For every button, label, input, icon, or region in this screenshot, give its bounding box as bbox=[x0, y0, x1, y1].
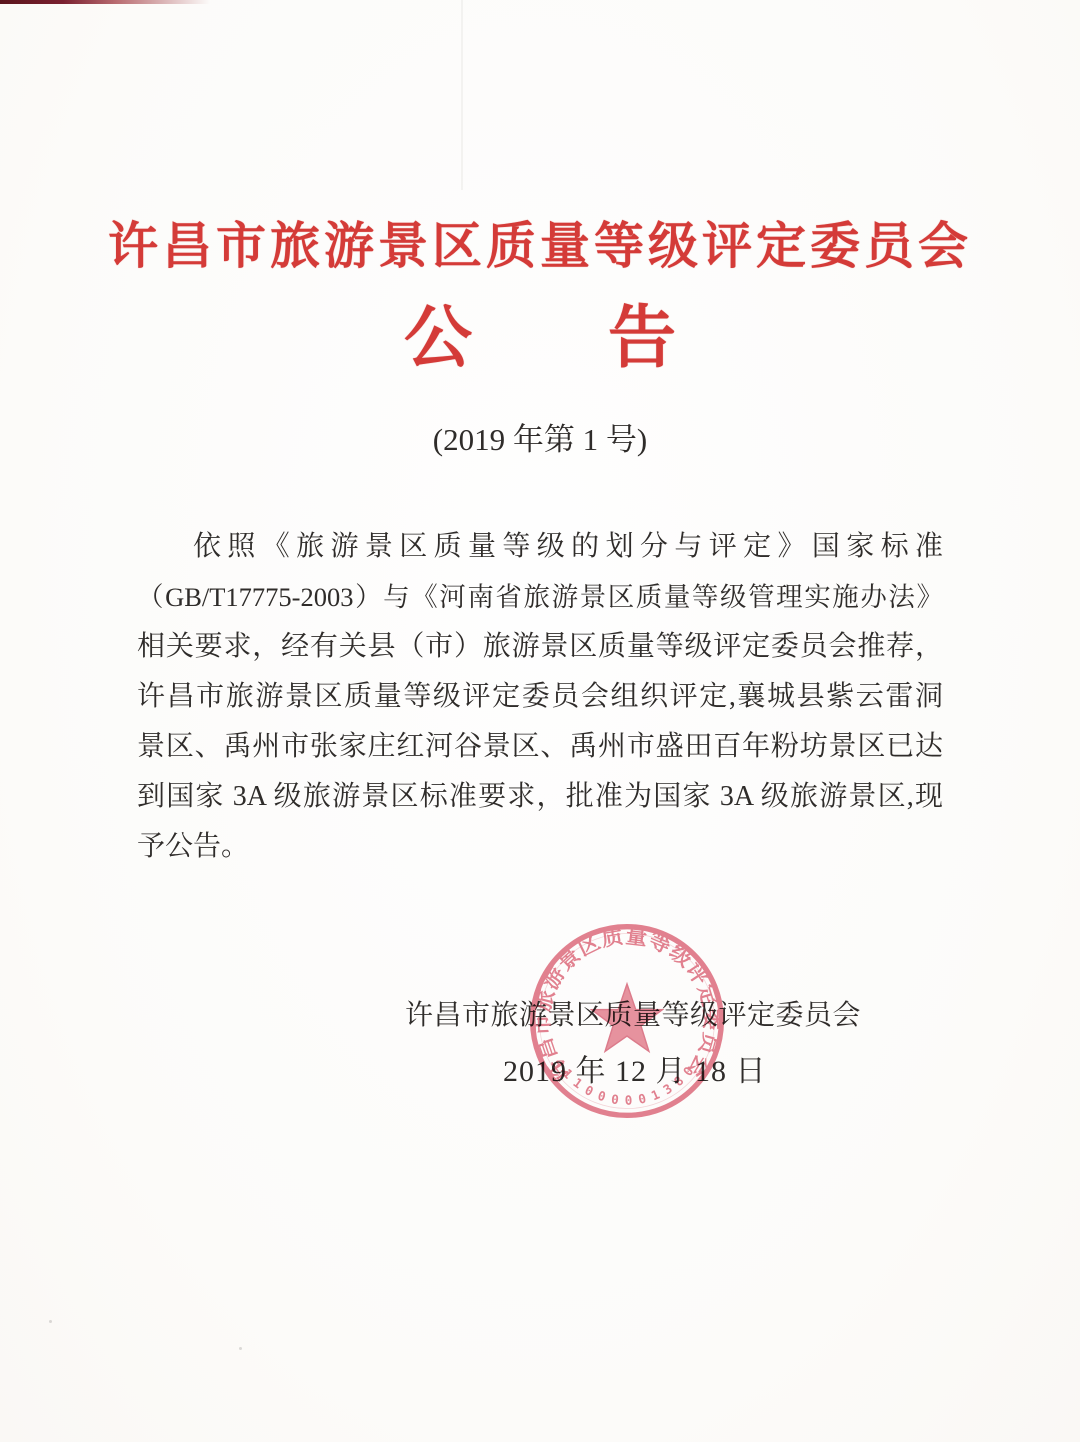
signature-date: 2019 年 12 月 18 日 bbox=[503, 1046, 803, 1090]
issuing-committee-title: 许昌市旅游景区质量等级评定委员会 bbox=[0, 206, 1080, 278]
scan-crease bbox=[461, 0, 463, 190]
body-line-5: 景区、禹州市张家庄红河谷景区、禹州市盛田百年粉坊景区已达 bbox=[137, 722, 943, 772]
body-line-1: 依照《旅游景区质量等级的划分与评定》国家标准 bbox=[137, 522, 943, 572]
announcement-body: 依照《旅游景区质量等级的划分与评定》国家标准 （GB/T17775-2003）与… bbox=[137, 522, 943, 872]
body-line-6: 到国家 3A 级旅游景区标准要求，批准为国家 3A 级旅游景区,现 bbox=[137, 772, 943, 822]
dust-speck bbox=[49, 1320, 52, 1323]
issue-number: (2019 年第 1 号) bbox=[0, 414, 1080, 459]
scan-artifact-top-left bbox=[0, 0, 210, 4]
announcement-heading: 公 告 bbox=[0, 284, 1080, 381]
announcement-document: 许昌市旅游景区质量等级评定委员会 公 告 (2019 年第 1 号) 依照《旅游… bbox=[0, 0, 1080, 1442]
body-line-7: 予公告。 bbox=[137, 822, 943, 872]
dust-speck bbox=[239, 1347, 242, 1350]
body-line-4: 许昌市旅游景区质量等级评定委员会组织评定,襄城县紫云雷洞 bbox=[137, 672, 943, 722]
body-line-2: （GB/T17775-2003）与《河南省旅游景区质量等级管理实施办法》 bbox=[137, 572, 943, 622]
body-line-3: 相关要求，经有关县（市）旅游景区质量等级评定委员会推荐， bbox=[137, 622, 943, 672]
signature-organization: 许昌市旅游景区质量等级评定委员会 bbox=[405, 993, 865, 1033]
